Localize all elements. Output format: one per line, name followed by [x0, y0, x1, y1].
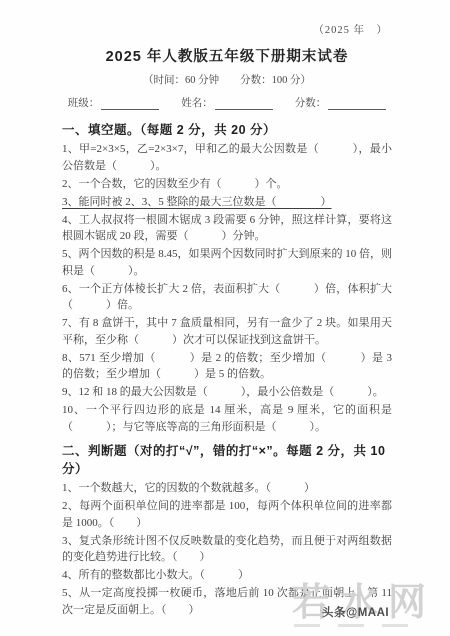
score-blank [328, 98, 386, 110]
class-blank [101, 98, 159, 110]
question: 2、一个合数，它的因数至少有（ ）个。 [62, 176, 392, 193]
section-true-false: 二、判断题（对的打“√”，错的打“×”。每题 2 分，共 10 分） 1、一个数… [62, 441, 392, 618]
corner-year-note: （2025 年 ） [62, 22, 388, 37]
section-1-heading: 一、填空题。（每题 2 分，共 20 分） [62, 120, 392, 138]
watermark-subtext-marks [294, 624, 408, 627]
question: 8、571 至少增加（ ）是 2 的倍数；至少增加（ ）是 3 的倍数；至少增加… [62, 350, 392, 383]
question: 4、工人叔叔将一根圆木锯成 3 段需要 6 分钟，照这样计算，要将这根圆木锯成 … [62, 212, 392, 245]
exam-time-score-note: （时间：60 分钟 分数：100 分） [62, 72, 392, 87]
section-2-heading: 二、判断题（对的打“√”，错的打“×”。每题 2 分，共 10 分） [62, 441, 392, 477]
name-field: 姓名： [181, 95, 273, 110]
question: 6、一个正方体棱长扩大 2 倍，表面积扩大（ ）倍，体积扩大（ ）倍。 [62, 281, 392, 314]
score-label: 分数： [295, 95, 327, 110]
class-field: 班级： [68, 95, 160, 110]
question: 4、所有的整数都比小数大。（ ） [62, 567, 392, 584]
question: 7、有 8 盒饼干，其中 7 盒质量相同，另有一盒少了 2 块。如果用天平称，至… [62, 315, 392, 348]
section-fill-in-blanks: 一、填空题。（每题 2 分，共 20 分） 1、甲=2×3×5，乙=2×3×7，… [62, 120, 392, 435]
question: 1、甲=2×3×5，乙=2×3×7，甲和乙的最大公因数是（ ），最小公倍数是（ … [62, 141, 392, 174]
page-title: 2025 年人教版五年级下册期末试卷 [62, 45, 392, 66]
question: 10、一个平行四边形的底是 14 厘米，高是 9 厘米，它的面积是（ ）；与它等… [62, 402, 392, 435]
name-blank [215, 98, 273, 110]
question: 1、一个数越大，它的因数的个数就越多。（ ） [62, 480, 392, 497]
question: 5、两个因数的积是 8.45，如果两个因数同时扩大到原来的 10 倍，则积是（ … [62, 246, 392, 279]
question: 3、能同时被 2、3、5 整除的最大三位数是（ ） [62, 194, 392, 211]
exam-paper-page: （2025 年 ） 2025 年人教版五年级下册期末试卷 （时间：60 分钟 分… [0, 0, 450, 636]
question: 9、12 和 18 的最大公因数是（ ），最小公倍数是（ ）。 [62, 384, 392, 401]
score-field: 分数： [295, 95, 387, 110]
question: 3、复式条形统计图不仅反映数量的变化趋势，而且便于对两组数据的变化趋势进行比较。… [62, 533, 392, 566]
class-label: 班级： [68, 95, 100, 110]
student-info-line: 班级： 姓名： 分数： [62, 95, 392, 110]
question: 5、从一定高度投掷一枚硬币，落地后前 10 次都是正面朝上，第 11 次一定是反… [62, 585, 392, 618]
name-label: 姓名： [181, 95, 213, 110]
question: 2、每两个面积单位间的进率都是 100，每两个体积单位间的进率都是 1000。（… [62, 498, 392, 531]
